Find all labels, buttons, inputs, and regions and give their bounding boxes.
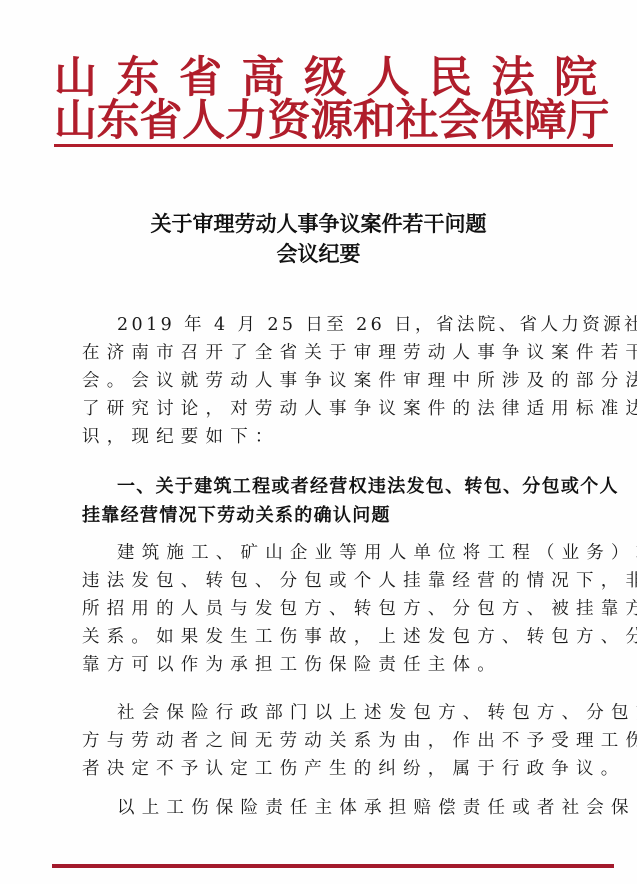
body-line: 了研究讨论，对劳动人事争议案件的法律适用标准达成了基本共 <box>82 401 582 419</box>
body-line: 在济南市召开了全省关于审理劳动人事争议案件若干问题的座谈 <box>82 345 582 363</box>
document-title: 关于审理劳动人事争议案件若干问题 <box>0 213 637 234</box>
letterhead-divider <box>54 144 613 147</box>
section-heading: 挂靠经营情况下劳动关系的确认问题 <box>82 507 582 525</box>
body-line: 所招用的人员与发包方、转包方、分包方、被挂靠方不存在劳动 <box>82 601 582 619</box>
body-line: 2019 年 4 月 25 日至 26 日，省法院、省人力资源社会保障厅 <box>117 317 617 335</box>
body-line: 靠方可以作为承担工伤保险责任主体。 <box>82 657 582 675</box>
body-line: 社会保险行政部门以上述发包方、转包方、分包方、被挂靠 <box>117 705 617 723</box>
body-line: 以上工伤保险责任主体承担赔偿责任或者社会保险经办机 <box>117 800 617 818</box>
body-line: 者决定不予认定工伤产生的纠纷，属于行政争议。 <box>82 761 582 779</box>
body-line: 方与劳动者之间无劳动关系为由，作出不予受理工伤认定申请或 <box>82 733 582 751</box>
footer-divider <box>52 864 614 868</box>
document-subtitle: 会议纪要 <box>0 243 637 264</box>
body-line: 违法发包、转包、分包或个人挂靠经营的情况下，非法用工主体 <box>82 573 582 591</box>
body-line: 建筑施工、矿山企业等用人单位将工程（业务）或者经营权 <box>117 545 617 563</box>
body-line: 识，现纪要如下： <box>82 429 582 447</box>
section-heading: 一、关于建筑工程或者经营权违法发包、转包、分包或个人 <box>117 478 617 496</box>
letterhead-org-hrss: 山东省人力资源和社会保障厅 <box>54 100 614 143</box>
body-line: 关系。如果发生工伤事故，上述发包方、转包方、分包方、被挂 <box>82 629 582 647</box>
body-line: 会。会议就劳动人事争议案件审理中所涉及的部分法律问题进行 <box>82 373 582 391</box>
letterhead-org-court: 山东省高级人民法院 <box>54 57 614 100</box>
document-page: 山东省高级人民法院 山东省人力资源和社会保障厅 关于审理劳动人事争议案件若干问题… <box>0 0 637 884</box>
